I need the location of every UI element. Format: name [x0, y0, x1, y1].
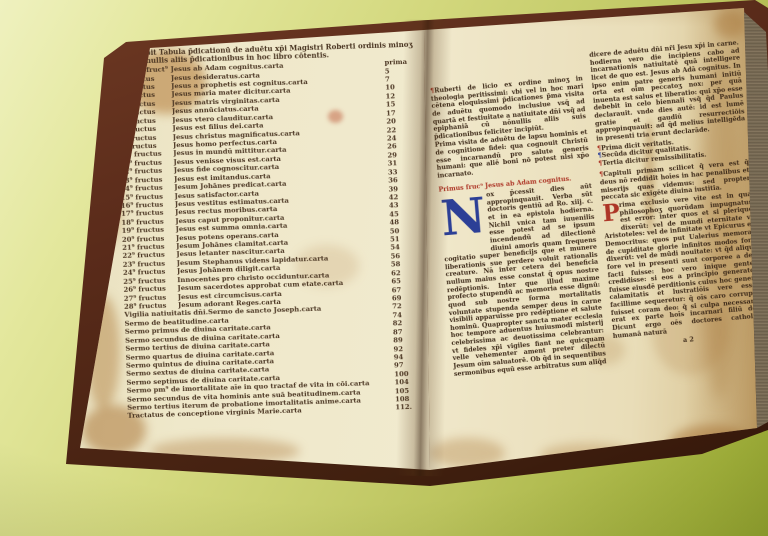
illuminated-initial-n: N: [439, 195, 488, 254]
tabula-contents: Incipit Tabula p̄dicationū de aduētu x…: [116, 41, 426, 421]
sermon-body-paragraph: Nox p̄cessit dies aūt appropinquauit. V…: [439, 183, 607, 378]
tabula-rows: Primus fruct⁹ Jesus ab Adam cognitus.car…: [117, 58, 426, 421]
stain: [714, 10, 746, 38]
text-column-2: dicere de aduētu dn̄i nr̄i Jesu xp̄i in…: [589, 39, 764, 350]
photo-of-incunable-book: Incipit Tabula p̄dicationū de aduētu x…: [0, 0, 768, 536]
column2-body-top: dicere de aduētu dn̄i nr̄i Jesu xp̄i in…: [589, 39, 746, 143]
column2-body-bottom: Prima exclusio vere vite est in qua phil…: [602, 191, 763, 340]
text-column-1: ¶Ruberti de licio ex ordine minoʒ in the…: [430, 75, 607, 379]
rubricated-initial-p: P: [602, 203, 619, 227]
column2-body-text: rima exclusio vere vite est in qua philo…: [604, 191, 762, 340]
folio-number: 112.: [393, 403, 425, 412]
